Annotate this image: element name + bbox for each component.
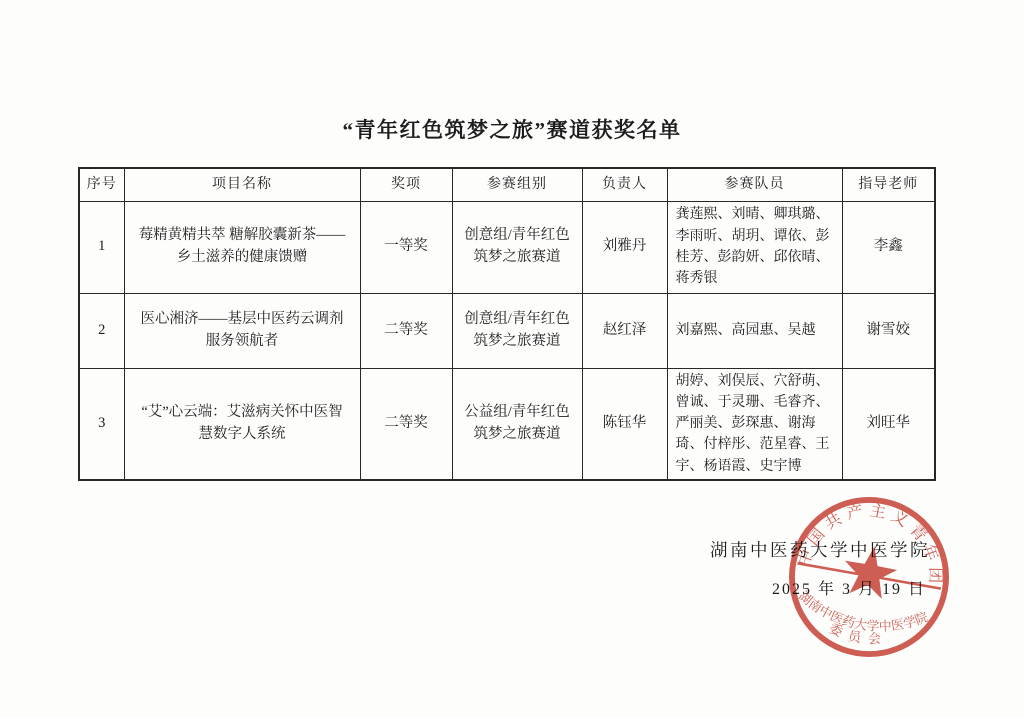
column-header-group: 参赛组别 [452,168,582,201]
cell-no: 3 [79,368,124,480]
cell-leader: 赵红泽 [582,293,667,368]
cell-award: 二等奖 [360,368,452,480]
page-title: “青年红色筑梦之旅”赛道获奖名单 [0,114,1024,144]
document-page: “青年红色筑梦之旅”赛道获奖名单 序号 项目名称 奖项 参赛组别 负责人 参赛队… [0,0,1024,718]
cell-members: 刘嘉熙、高园惠、吴越 [667,293,842,368]
cell-members: 龚莲熙、刘晴、卿琪璐、李雨昕、胡玥、谭依、彭桂芳、彭韵妍、邱依晴、蒋秀银 [667,201,842,293]
column-header-project: 项目名称 [124,168,360,201]
table-row: 1 莓精黄精共萃 糖解胶囊新茶——乡土滋养的健康馈赠 一等奖 创意组/青年红色筑… [79,201,935,293]
cell-no: 1 [79,201,124,293]
awards-table: 序号 项目名称 奖项 参赛组别 负责人 参赛队员 指导老师 1 莓精黄精共萃 糖… [78,167,936,481]
column-header-teacher: 指导老师 [842,168,935,201]
cell-award: 二等奖 [360,293,452,368]
cell-teacher: 李鑫 [842,201,935,293]
cell-group: 创意组/青年红色筑梦之旅赛道 [452,293,582,368]
cell-no: 2 [79,293,124,368]
table-header-row: 序号 项目名称 奖项 参赛组别 负责人 参赛队员 指导老师 [79,168,935,201]
cell-project: 医心湘济——基层中医药云调剂服务领航者 [124,293,360,368]
cell-leader: 刘雅丹 [582,201,667,293]
signature-block: 湖南中医药大学中医学院 2025 年 3 月 19 日 [710,537,930,599]
cell-project: “艾”心云端：艾滋病关怀中医智慧数字人系统 [124,368,360,480]
cell-project: 莓精黄精共萃 糖解胶囊新茶——乡土滋养的健康馈赠 [124,201,360,293]
cell-teacher: 刘旺华 [842,368,935,480]
cell-members: 胡婷、刘俣辰、穴舒萌、曾诚、于灵珊、毛睿齐、严丽美、彭琛惠、谢海琦、付梓彤、范星… [667,368,842,480]
table-row: 2 医心湘济——基层中医药云调剂服务领航者 二等奖 创意组/青年红色筑梦之旅赛道… [79,293,935,368]
signature-organization: 湖南中医药大学中医学院 [710,537,930,562]
cell-teacher: 谢雪姣 [842,293,935,368]
column-header-leader: 负责人 [582,168,667,201]
cell-award: 一等奖 [360,201,452,293]
cell-group: 公益组/青年红色筑梦之旅赛道 [452,368,582,480]
column-header-award: 奖项 [360,168,452,201]
cell-leader: 陈钰华 [582,368,667,480]
stamp-committee-line: 委员会 [826,620,892,650]
column-header-no: 序号 [79,168,124,201]
column-header-members: 参赛队员 [667,168,842,201]
table-row: 3 “艾”心云端：艾滋病关怀中医智慧数字人系统 二等奖 公益组/青年红色筑梦之旅… [79,368,935,480]
cell-group: 创意组/青年红色筑梦之旅赛道 [452,201,582,293]
signature-date: 2025 年 3 月 19 日 [710,576,930,599]
